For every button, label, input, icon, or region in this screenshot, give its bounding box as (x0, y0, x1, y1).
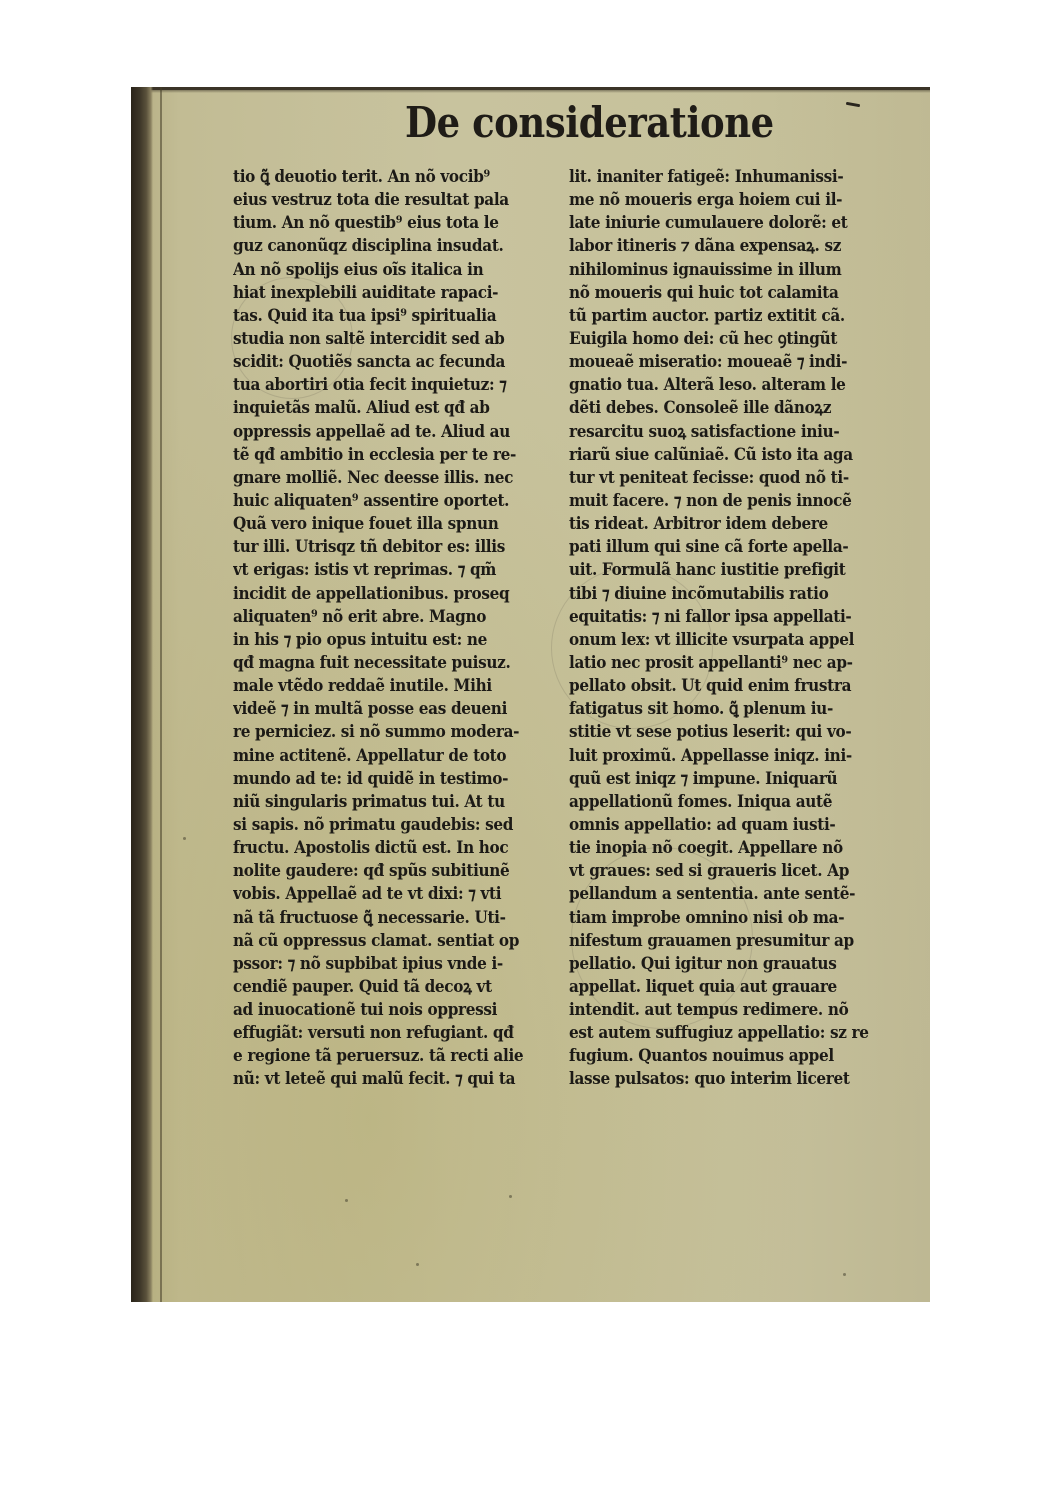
text-line: in his ⁊ pio opus intuitu est: ne (233, 628, 545, 651)
text-line: nũ: vt leteẽ qui malũ fecit. ⁊ qui ta (233, 1067, 545, 1090)
text-line: lit. inaniter fatigeẽ: Inhumanissi- (569, 165, 881, 188)
text-line: pellandum a sententia. ante sentẽ- (569, 882, 881, 905)
text-line: tium. An nõ questib⁹ eius tota le (233, 211, 545, 234)
text-line: tibi ⁊ diuine incõmutabilis ratio (569, 582, 881, 605)
text-line: studia non saltẽ intercidit sed ab (233, 327, 545, 350)
text-line: onum lex: vt illicite vsurpata appel (569, 628, 881, 651)
text-line: fatigatus sit homo. ꝗ̃ plenum iu- (569, 697, 881, 720)
text-line: nõ moueris qui huic tot calamita (569, 281, 881, 304)
text-line: incidit de appellationibus. proseq (233, 582, 545, 605)
text-line: gnare molliẽ. Nec deesse illis. nec (233, 466, 545, 489)
text-line: tio ꝗ̃ deuotio terit. An nõ vocib⁹ (233, 165, 545, 188)
text-line: gnatio tua. Alterã leso. alteram le (569, 373, 881, 396)
text-line: mine actitenẽ. Appellatur de toto (233, 744, 545, 767)
text-line: luit proximũ. Appellasse iniqz. ini- (569, 744, 881, 767)
text-line: Euigila homo dei: cũ hec ꝯtingũt (569, 327, 881, 350)
text-line: quũ est iniqz ⁊ impune. Iniquarũ (569, 767, 881, 790)
text-line: huic aliquaten⁹ assentire oportet. (233, 489, 545, 512)
text-line: videẽ ⁊ in multã posse eas deueni (233, 697, 545, 720)
text-line: late iniurie cumulauere dolorẽ: et (569, 211, 881, 234)
text-line: effugiãt: versuti non refugiant. qđ (233, 1021, 545, 1044)
text-line: cendiẽ pauper. Quid tã decoꝝ vt (233, 975, 545, 998)
text-line: re perniciez. si nõ summo modera- (233, 720, 545, 743)
text-line: tie inopia nõ coegit. Appellare nõ (569, 836, 881, 859)
text-line: pellatio. Qui igitur non grauatus (569, 952, 881, 975)
text-line: scidit: Quotiẽs sancta ac fecunda (233, 350, 545, 373)
paper-speck (843, 1273, 846, 1276)
text-line: me nõ moueris erga hoiem cui il- (569, 188, 881, 211)
text-line: hiat inexplebili auiditate rapaci- (233, 281, 545, 304)
text-line: uit. Formulã hanc iustitie prefigit (569, 558, 881, 581)
text-line: intendit. aut tempus redimere. nõ (569, 998, 881, 1021)
text-line: appellationũ fomes. Iniqua autẽ (569, 790, 881, 813)
text-line: fructu. Apostolis dictũ est. In hoc (233, 836, 545, 859)
text-line: fugium. Quantos nouimus appel (569, 1044, 881, 1067)
paper-speck (509, 1195, 512, 1198)
text-line: nihilominus ignauissime in illum (569, 258, 881, 281)
text-line: e regione tã peruersuz. tã recti alie (233, 1044, 545, 1067)
text-line: nã cũ oppressus clamat. sentiat op (233, 929, 545, 952)
text-line: Quã vero inique fouet illa spnun (233, 512, 545, 535)
text-line: tẽ qđ ambitio in ecclesia per te re- (233, 443, 545, 466)
text-line: labor itineris ⁊ dãna expensaꝝ. sz (569, 234, 881, 257)
book-spine-edge (131, 87, 153, 1302)
text-line: appellat. liquet quia aut grauare (569, 975, 881, 998)
text-column-right: lit. inaniter fatigeẽ: Inhumanissi-me nõ… (569, 165, 905, 1091)
text-line: omnis appellatio: ad quam iusti- (569, 813, 881, 836)
text-line: latio nec prosit appellanti⁹ nec ap- (569, 651, 881, 674)
text-line: nifestum grauamen presumitur ap (569, 929, 881, 952)
text-line: stitie vt sese potius leserit: qui vo- (569, 720, 881, 743)
text-line: pssor: ⁊ nõ supbibat ipius vnde i- (233, 952, 545, 975)
text-line: vt graues: sed si graueris licet. Ap (569, 859, 881, 882)
text-line: An nõ spolijs eius oĩs italica in (233, 258, 545, 281)
text-line: tis rideat. Arbitror idem debere (569, 512, 881, 535)
text-line: pati illum qui sine cã forte apella- (569, 535, 881, 558)
text-line: resarcitu suoꝝ satisfactione iniu- (569, 420, 881, 443)
text-line: vt erigas: istis vt reprimas. ⁊ qm̃ (233, 558, 545, 581)
text-line: qđ magna fuit necessitate puisuz. (233, 651, 545, 674)
text-line: nã tã fructuose ꝗ̃ necessarie. Uti- (233, 906, 545, 929)
text-line: niũ singularis primatus tui. At tu (233, 790, 545, 813)
text-line: mundo ad te: id quidẽ in testimo- (233, 767, 545, 790)
text-line: vobis. Appellaẽ ad te vt dixi: ⁊ vti (233, 882, 545, 905)
text-line: tiam improbe omnino nisi ob ma- (569, 906, 881, 929)
text-line: guz canonũqz disciplina insudat. (233, 234, 545, 257)
text-line: oppressis appellaẽ ad te. Aliud au (233, 420, 545, 443)
gutter-line (160, 87, 162, 1302)
text-line: male vtẽdo reddaẽ inutile. Mihi (233, 674, 545, 697)
text-column-left: tio ꝗ̃ deuotio terit. An nõ vocib⁹eius v… (233, 165, 569, 1091)
text-line: lasse pulsatos: quo interim liceret (569, 1067, 881, 1090)
text-line: est autem suffugiuz appellatio: sz re (569, 1021, 881, 1044)
text-line: tas. Quid ita tua ipsi⁹ spiritualia (233, 304, 545, 327)
text-line: muit facere. ⁊ non de penis innocẽ (569, 489, 881, 512)
text-line: tur illi. Utrisqz tñ debitor es: illis (233, 535, 545, 558)
text-line: ad inuocationẽ tui nois oppressi (233, 998, 545, 1021)
text-line: moueaẽ miseratio: moueaẽ ⁊ indi- (569, 350, 881, 373)
text-line: equitatis: ⁊ ni fallor ipsa appellati- (569, 605, 881, 628)
text-line: tur vt peniteat fecisse: quod nõ ti- (569, 466, 881, 489)
paper-speck (183, 837, 186, 840)
text-line: tũ partim auctor. partiz extitit cã. (569, 304, 881, 327)
paper-speck (416, 1263, 419, 1266)
text-line: pellato obsit. Ut quid enim frustra (569, 674, 881, 697)
page-top-edge (131, 87, 930, 93)
text-line: aliquaten⁹ nõ erit abre. Magno (233, 605, 545, 628)
text-line: tua abortiri otia fecit inquietuz: ⁊ (233, 373, 545, 396)
text-line: inquietãs malũ. Aliud est qđ ab (233, 396, 545, 419)
text-line: riarũ siue calũniaẽ. Cũ isto ita aga (569, 443, 881, 466)
paper-speck (345, 1199, 348, 1202)
text-line: dẽti debes. Consoleẽ ille dãnoꝝz (569, 396, 881, 419)
text-line: eius vestruz tota die resultat pala (233, 188, 545, 211)
text-line: nolite gaudere: qđ spũs subitiunẽ (233, 859, 545, 882)
text-line: si sapis. nõ primatu gaudebis: sed (233, 813, 545, 836)
running-head-title: De consideratione (405, 98, 739, 147)
